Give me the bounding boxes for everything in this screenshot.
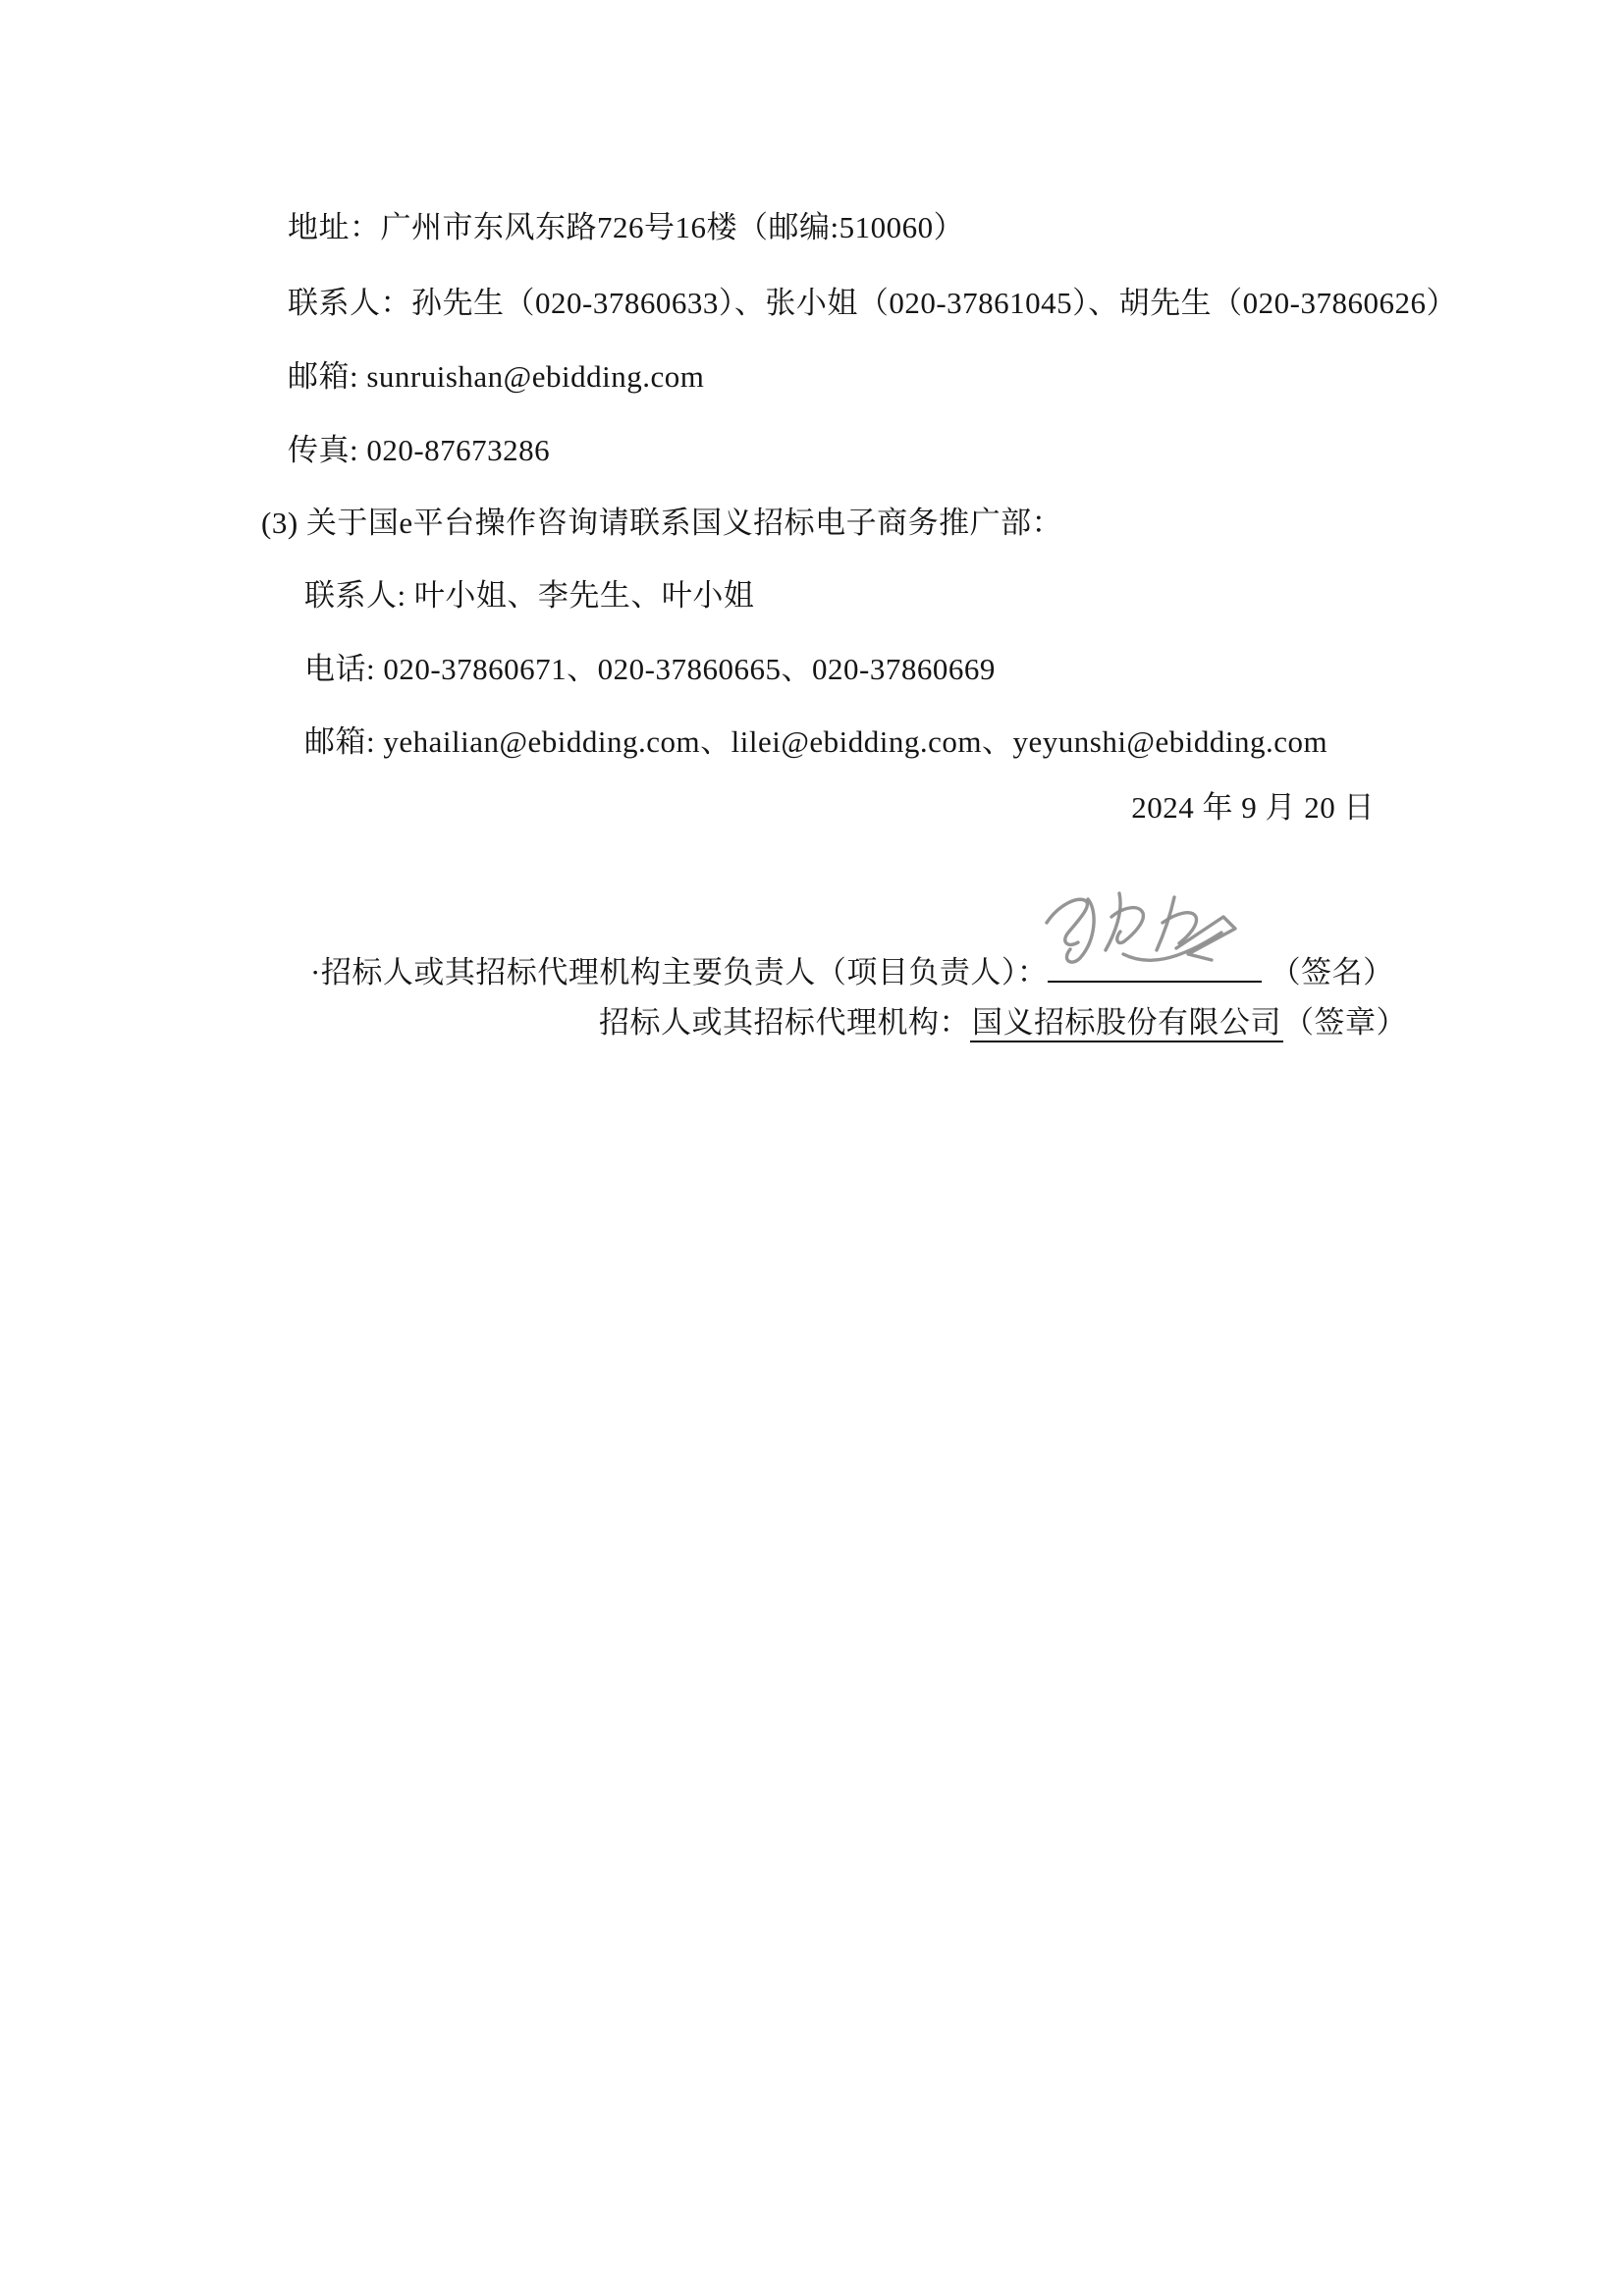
agency-seal-hint: （签章） bbox=[1283, 1005, 1407, 1040]
agency-signature-line: 招标人或其招标代理机构：国义招标股份有限公司（签章） bbox=[599, 1002, 1407, 1043]
principal-sign-hint: （签名） bbox=[1271, 955, 1394, 989]
platform-email-line: 邮箱: yehailian@ebidding.com、lilei@ebiddin… bbox=[304, 721, 1327, 763]
platform-phone-line: 电话: 020-37860671、020-37860665、020-378606… bbox=[304, 649, 996, 690]
section-3-heading: (3) 关于国e平台操作咨询请联系国义招标电子商务推广部： bbox=[261, 503, 1062, 544]
contact-persons-line: 联系人：孙先生（020-37860633）、张小姐（020-37861045）、… bbox=[288, 283, 1457, 324]
address-line: 地址：广州市东风东路726号16楼（邮编:510060） bbox=[288, 207, 964, 248]
agency-name: 国义招标股份有限公司 bbox=[970, 1005, 1283, 1042]
document-page: 地址：广州市东风东路726号16楼（邮编:510060） 联系人：孙先生（020… bbox=[0, 0, 1624, 2296]
platform-contact-persons-line: 联系人: 叶小姐、李先生、叶小姐 bbox=[304, 575, 754, 616]
email-line: 邮箱: sunruishan@ebidding.com bbox=[288, 356, 704, 398]
fax-line: 传真: 020-87673286 bbox=[288, 430, 550, 471]
document-date: 2024 年 9 月 20 日 bbox=[1131, 787, 1375, 828]
handwritten-signature bbox=[1029, 872, 1265, 985]
principal-label: ·招标人或其招标代理机构主要负责人（项目负责人）： bbox=[310, 955, 1048, 989]
agency-label: 招标人或其招标代理机构： bbox=[599, 1005, 970, 1040]
